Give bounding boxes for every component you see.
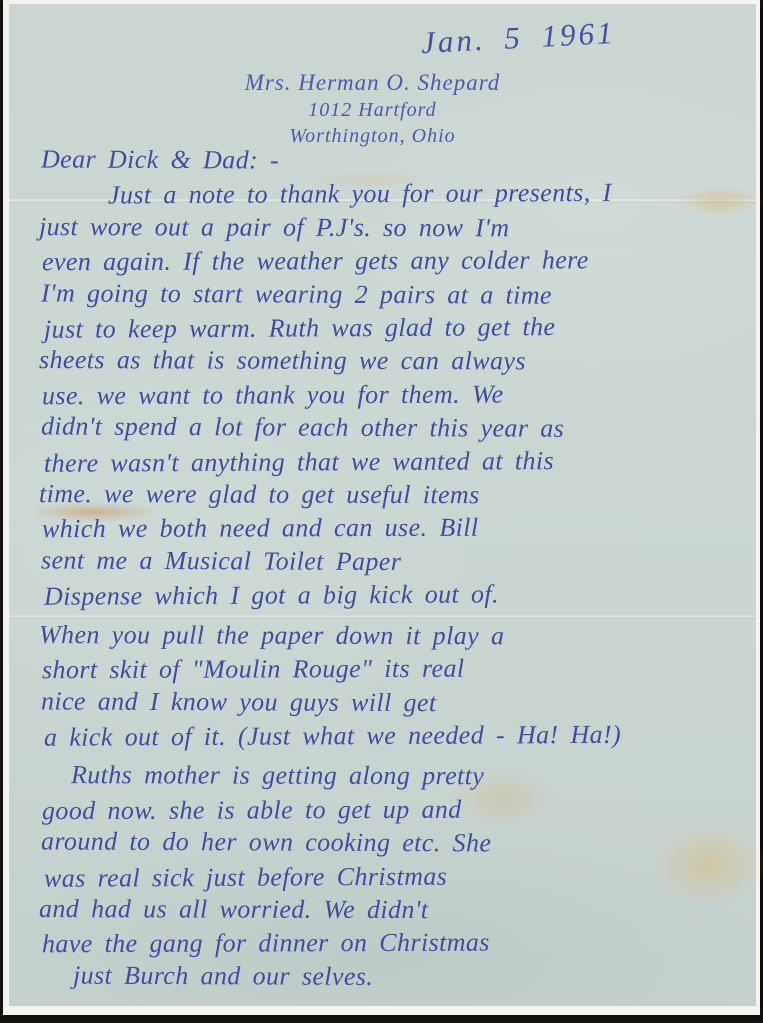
letter-line: a kick out of it. (Just what we needed -… (44, 717, 735, 754)
letter-body: Dear Dick & Dad: -Just a note to thank y… (41, 144, 732, 993)
letter-line: When you pull the paper down it play a (39, 618, 730, 653)
letter-line: Dispense which I got a big kick out of. (44, 576, 735, 613)
letter-line: nice and I know you guys will get (41, 684, 732, 720)
letter-line: just to keep warm. Ruth was glad to get … (44, 309, 735, 346)
letter-line: Ruths mother is getting along pretty (39, 758, 730, 793)
letter-line: good now. she is able to get up and (42, 792, 733, 828)
letter-line: just wore out a pair of P.J's. so now I'… (39, 210, 730, 245)
letter-line: and had us all worried. We didn't (39, 892, 730, 927)
letter-paper: Jan. 5 1961 Mrs. Herman O. Shepard 1012 … (9, 4, 756, 1006)
letter-line: use. we want to thank you for them. We (42, 377, 733, 413)
letter-line: around to do her own cooking etc. She (41, 825, 732, 861)
letter-line: short skit of "Moulin Rouge" its real (42, 651, 733, 687)
letter-line: there wasn't anything that we wanted at … (44, 443, 735, 480)
letterhead-name: Mrs. Herman O. Shepard (9, 70, 736, 96)
letterhead: Mrs. Herman O. Shepard 1012 Hartford Wor… (9, 70, 736, 151)
letterhead-street: 1012 Hartford (9, 99, 736, 122)
letter-line: was real sick just before Christmas (44, 858, 735, 895)
letter-line: just Burch and our selves. (41, 958, 732, 994)
letter-line: Dear Dick & Dad: - (41, 142, 732, 178)
letter-line: I'm going to start wearing 2 pairs at a … (41, 276, 732, 312)
letter-line: which we both need and can use. Bill (42, 510, 733, 546)
scanned-letter-page: { "document": { "date": "Jan. 5 1961", "… (0, 0, 763, 1023)
letter-line: sheets as that is something we can alway… (39, 344, 730, 379)
letter-line: sent me a Musical Toilet Paper (41, 543, 732, 579)
letter-line: have the gang for dinner on Christmas (42, 925, 733, 961)
letter-line: time. we were glad to get useful items (39, 477, 730, 512)
handwritten-date: Jan. 5 1961 (420, 15, 616, 61)
letter-line: even again. If the weather gets any cold… (42, 243, 733, 279)
letter-line: Just a note to thank you for our present… (44, 176, 735, 213)
letter-line: didn't spend a lot for each other this y… (41, 410, 732, 446)
